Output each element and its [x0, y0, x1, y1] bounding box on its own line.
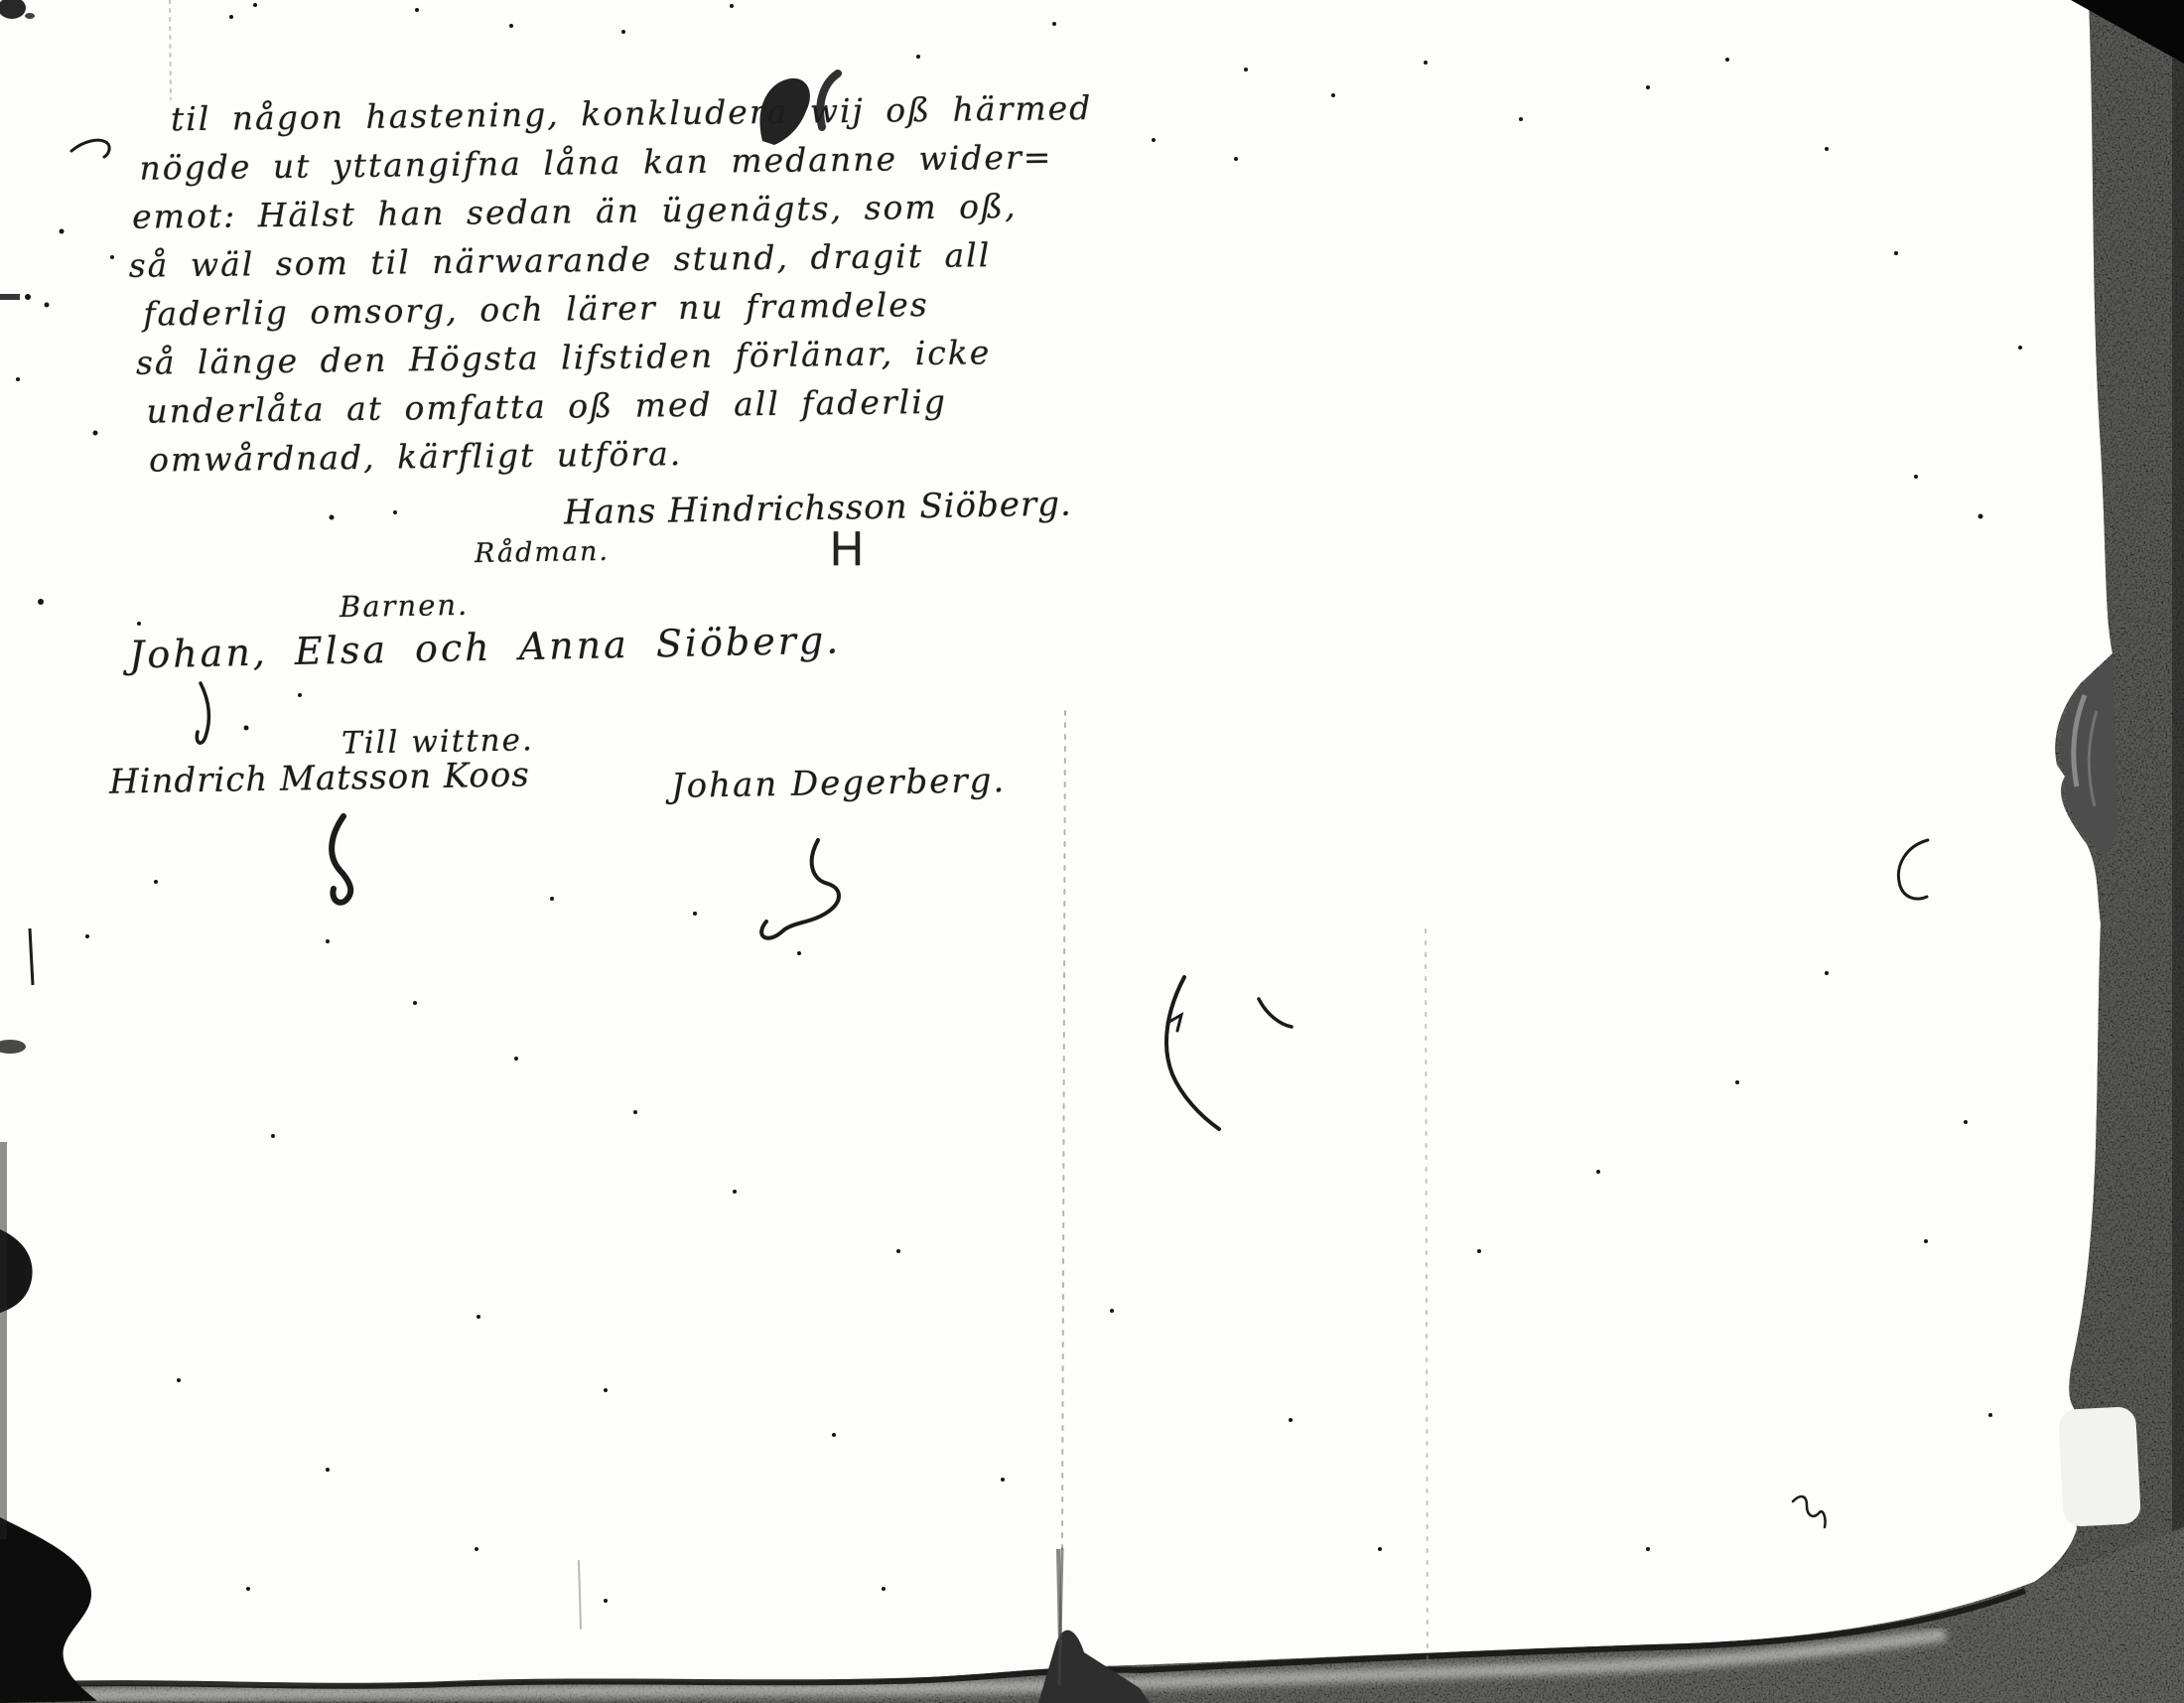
edge-notch	[2058, 1406, 2141, 1527]
manuscript-paragraph: til någon hastening, konkludera wij oß h…	[125, 83, 1083, 485]
signature-title: Rådman.	[475, 536, 611, 569]
scanned-document-page: til någon hastening, konkludera wij oß h…	[0, 0, 2184, 1703]
right-scan-band	[1989, 0, 2184, 1703]
witness-signature-1: Hindrich Matsson Koos	[109, 755, 530, 801]
witness-signature-2: Johan Degerberg.	[671, 761, 1007, 806]
children-heading: Barnen.	[340, 588, 470, 624]
left-edge-artifacts	[0, 0, 97, 1703]
signature-mark: H	[830, 519, 864, 577]
bottom-scan-band	[0, 1527, 2184, 1703]
